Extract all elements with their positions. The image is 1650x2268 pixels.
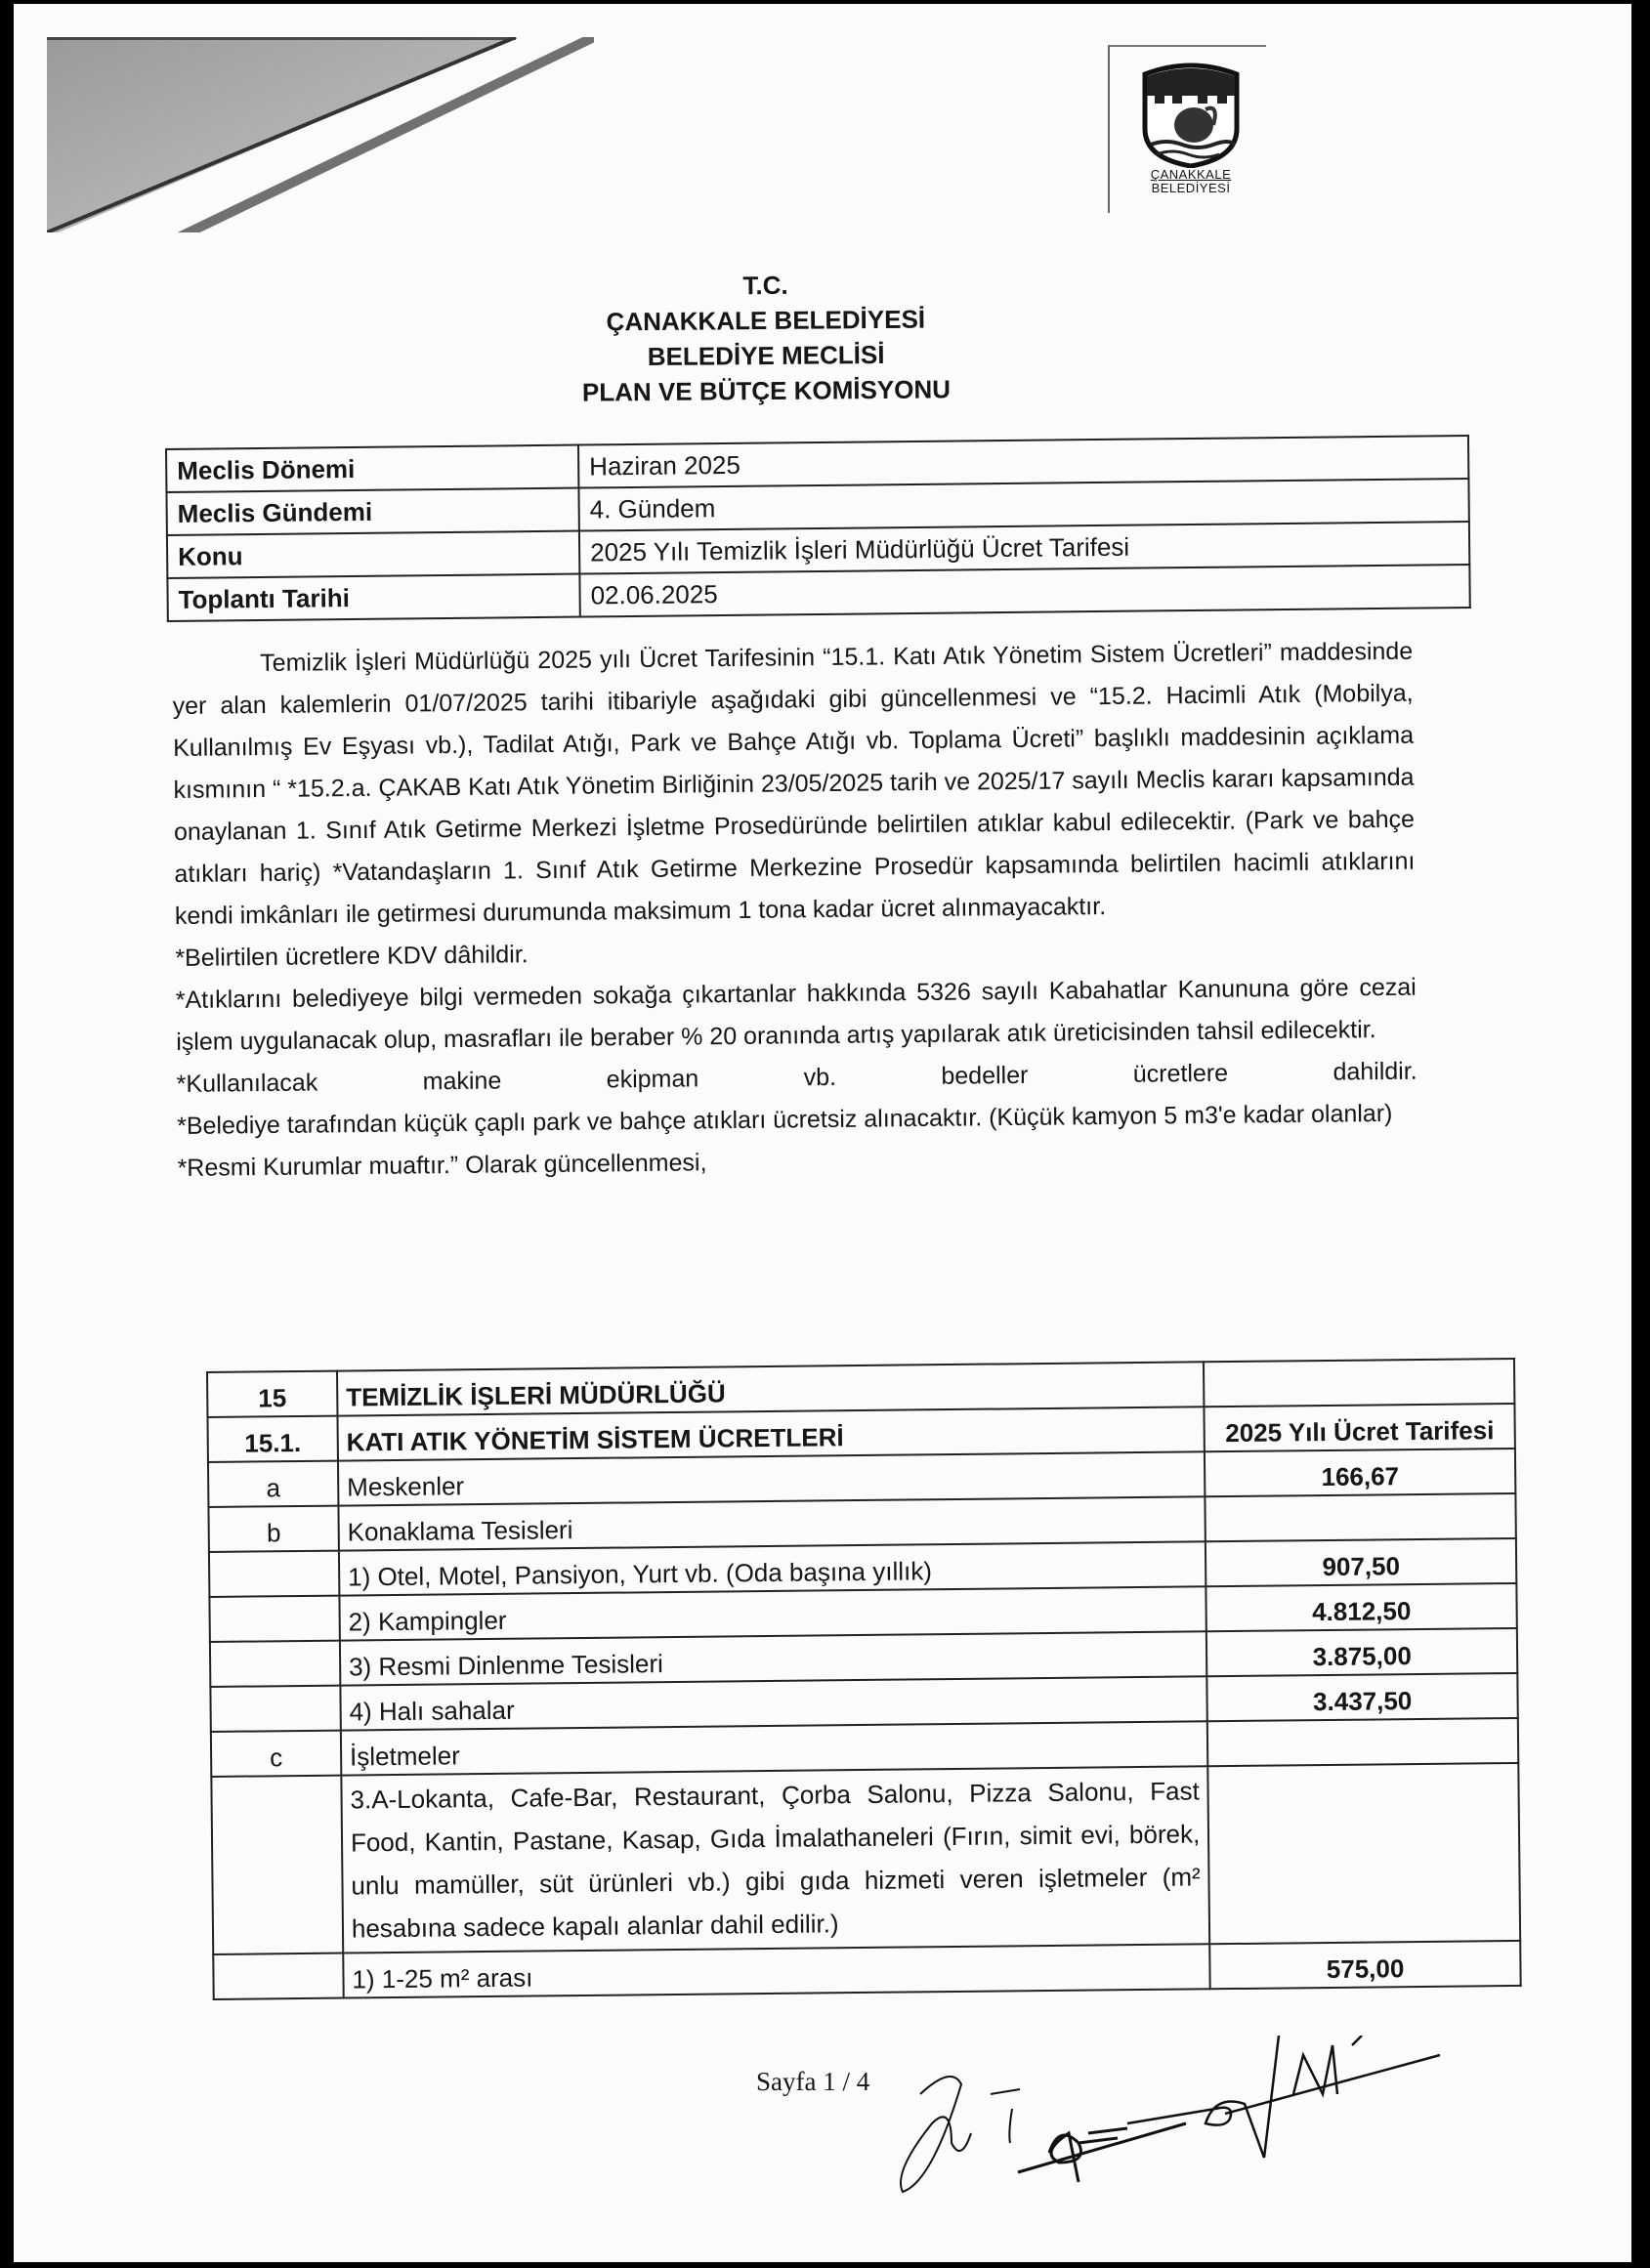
tariff-code: [210, 1641, 340, 1687]
header-line-municipality: ÇANAKKALE BELEDİYESİ: [434, 300, 1098, 341]
tariff-value: [1204, 1359, 1514, 1407]
tariff-value: [1207, 1718, 1518, 1766]
tariff-value: 4.812,50: [1206, 1583, 1517, 1631]
paragraph-main: Temizlik İşleri Müdürlüğü 2025 yılı Ücre…: [172, 631, 1416, 938]
tariff-code: b: [208, 1506, 338, 1552]
tariff-code: 15: [207, 1371, 337, 1417]
tariff-code: [210, 1686, 340, 1732]
tariff-code: [209, 1596, 339, 1642]
meeting-info-label: Toplantı Tarihi: [167, 574, 579, 621]
meeting-info-label: Meclis Dönemi: [166, 445, 578, 492]
note-penalty: *Atıklarını belediyeye bilgi vermeden so…: [176, 967, 1417, 1064]
tariff-value: [1206, 1493, 1516, 1541]
municipality-crest-icon: [1137, 61, 1245, 168]
tariff-value: 2025 Yılı Ücret Tarifesi: [1205, 1404, 1515, 1451]
tariff-value: 575,00: [1209, 1941, 1520, 1989]
document-header: T.C. ÇANAKKALE BELEDİYESİ BELEDİYE MECLİ…: [433, 265, 1098, 411]
tariff-code: c: [211, 1731, 341, 1777]
tariff-value: 166,67: [1205, 1449, 1515, 1496]
meeting-info-table: Meclis DönemiHaziran 2025Meclis Gündemi4…: [165, 435, 1471, 622]
tariff-table: 15TEMİZLİK İŞLERİ MÜDÜRLÜĞÜ15.1.KATI ATI…: [206, 1358, 1522, 2000]
tariff-code: [209, 1551, 339, 1597]
tariff-row: 3.A-Lokanta, Cafe-Bar, Restaurant, Çorba…: [211, 1763, 1520, 1954]
document-page: ÇANAKKALE BELEDİYESİ T.C. ÇANAKKALE BELE…: [14, 4, 1631, 2262]
folded-corner-shadow: [47, 37, 594, 232]
tariff-value: 907,50: [1206, 1538, 1516, 1586]
tariff-code: a: [208, 1461, 338, 1507]
tariff-description: 1) 1-25 m² arası: [343, 1944, 1210, 1997]
header-line-commission: PLAN VE BÜTÇE KOMİSYONU: [434, 370, 1098, 411]
decision-text: Temizlik İşleri Müdürlüğü 2025 yılı Ücre…: [172, 631, 1418, 1190]
page-number: Sayfa 1 / 4: [756, 2067, 869, 2097]
tariff-code: 15.1.: [207, 1416, 337, 1462]
meeting-info-label: Meclis Gündemi: [166, 488, 578, 535]
signatures: [893, 2036, 1499, 2231]
tariff-code: [213, 1953, 343, 1999]
meeting-info-label: Konu: [167, 531, 579, 578]
tariff-value: [1207, 1763, 1520, 1944]
tariff-code: [211, 1776, 343, 1954]
header-line-council: BELEDİYE MECLİSİ: [434, 335, 1098, 376]
header-line-tc: T.C.: [433, 265, 1097, 306]
tariff-value: 3.437,50: [1207, 1673, 1518, 1721]
tariff-value: 3.875,00: [1206, 1628, 1517, 1676]
logo-text: ÇANAKKALE BELEDİYESİ: [1137, 168, 1245, 195]
meeting-info-value: 02.06.2025: [579, 565, 1469, 617]
logo-box: ÇANAKKALE BELEDİYESİ: [1108, 45, 1266, 213]
tariff-description: 3.A-Lokanta, Cafe-Bar, Restaurant, Çorba…: [341, 1766, 1209, 1953]
